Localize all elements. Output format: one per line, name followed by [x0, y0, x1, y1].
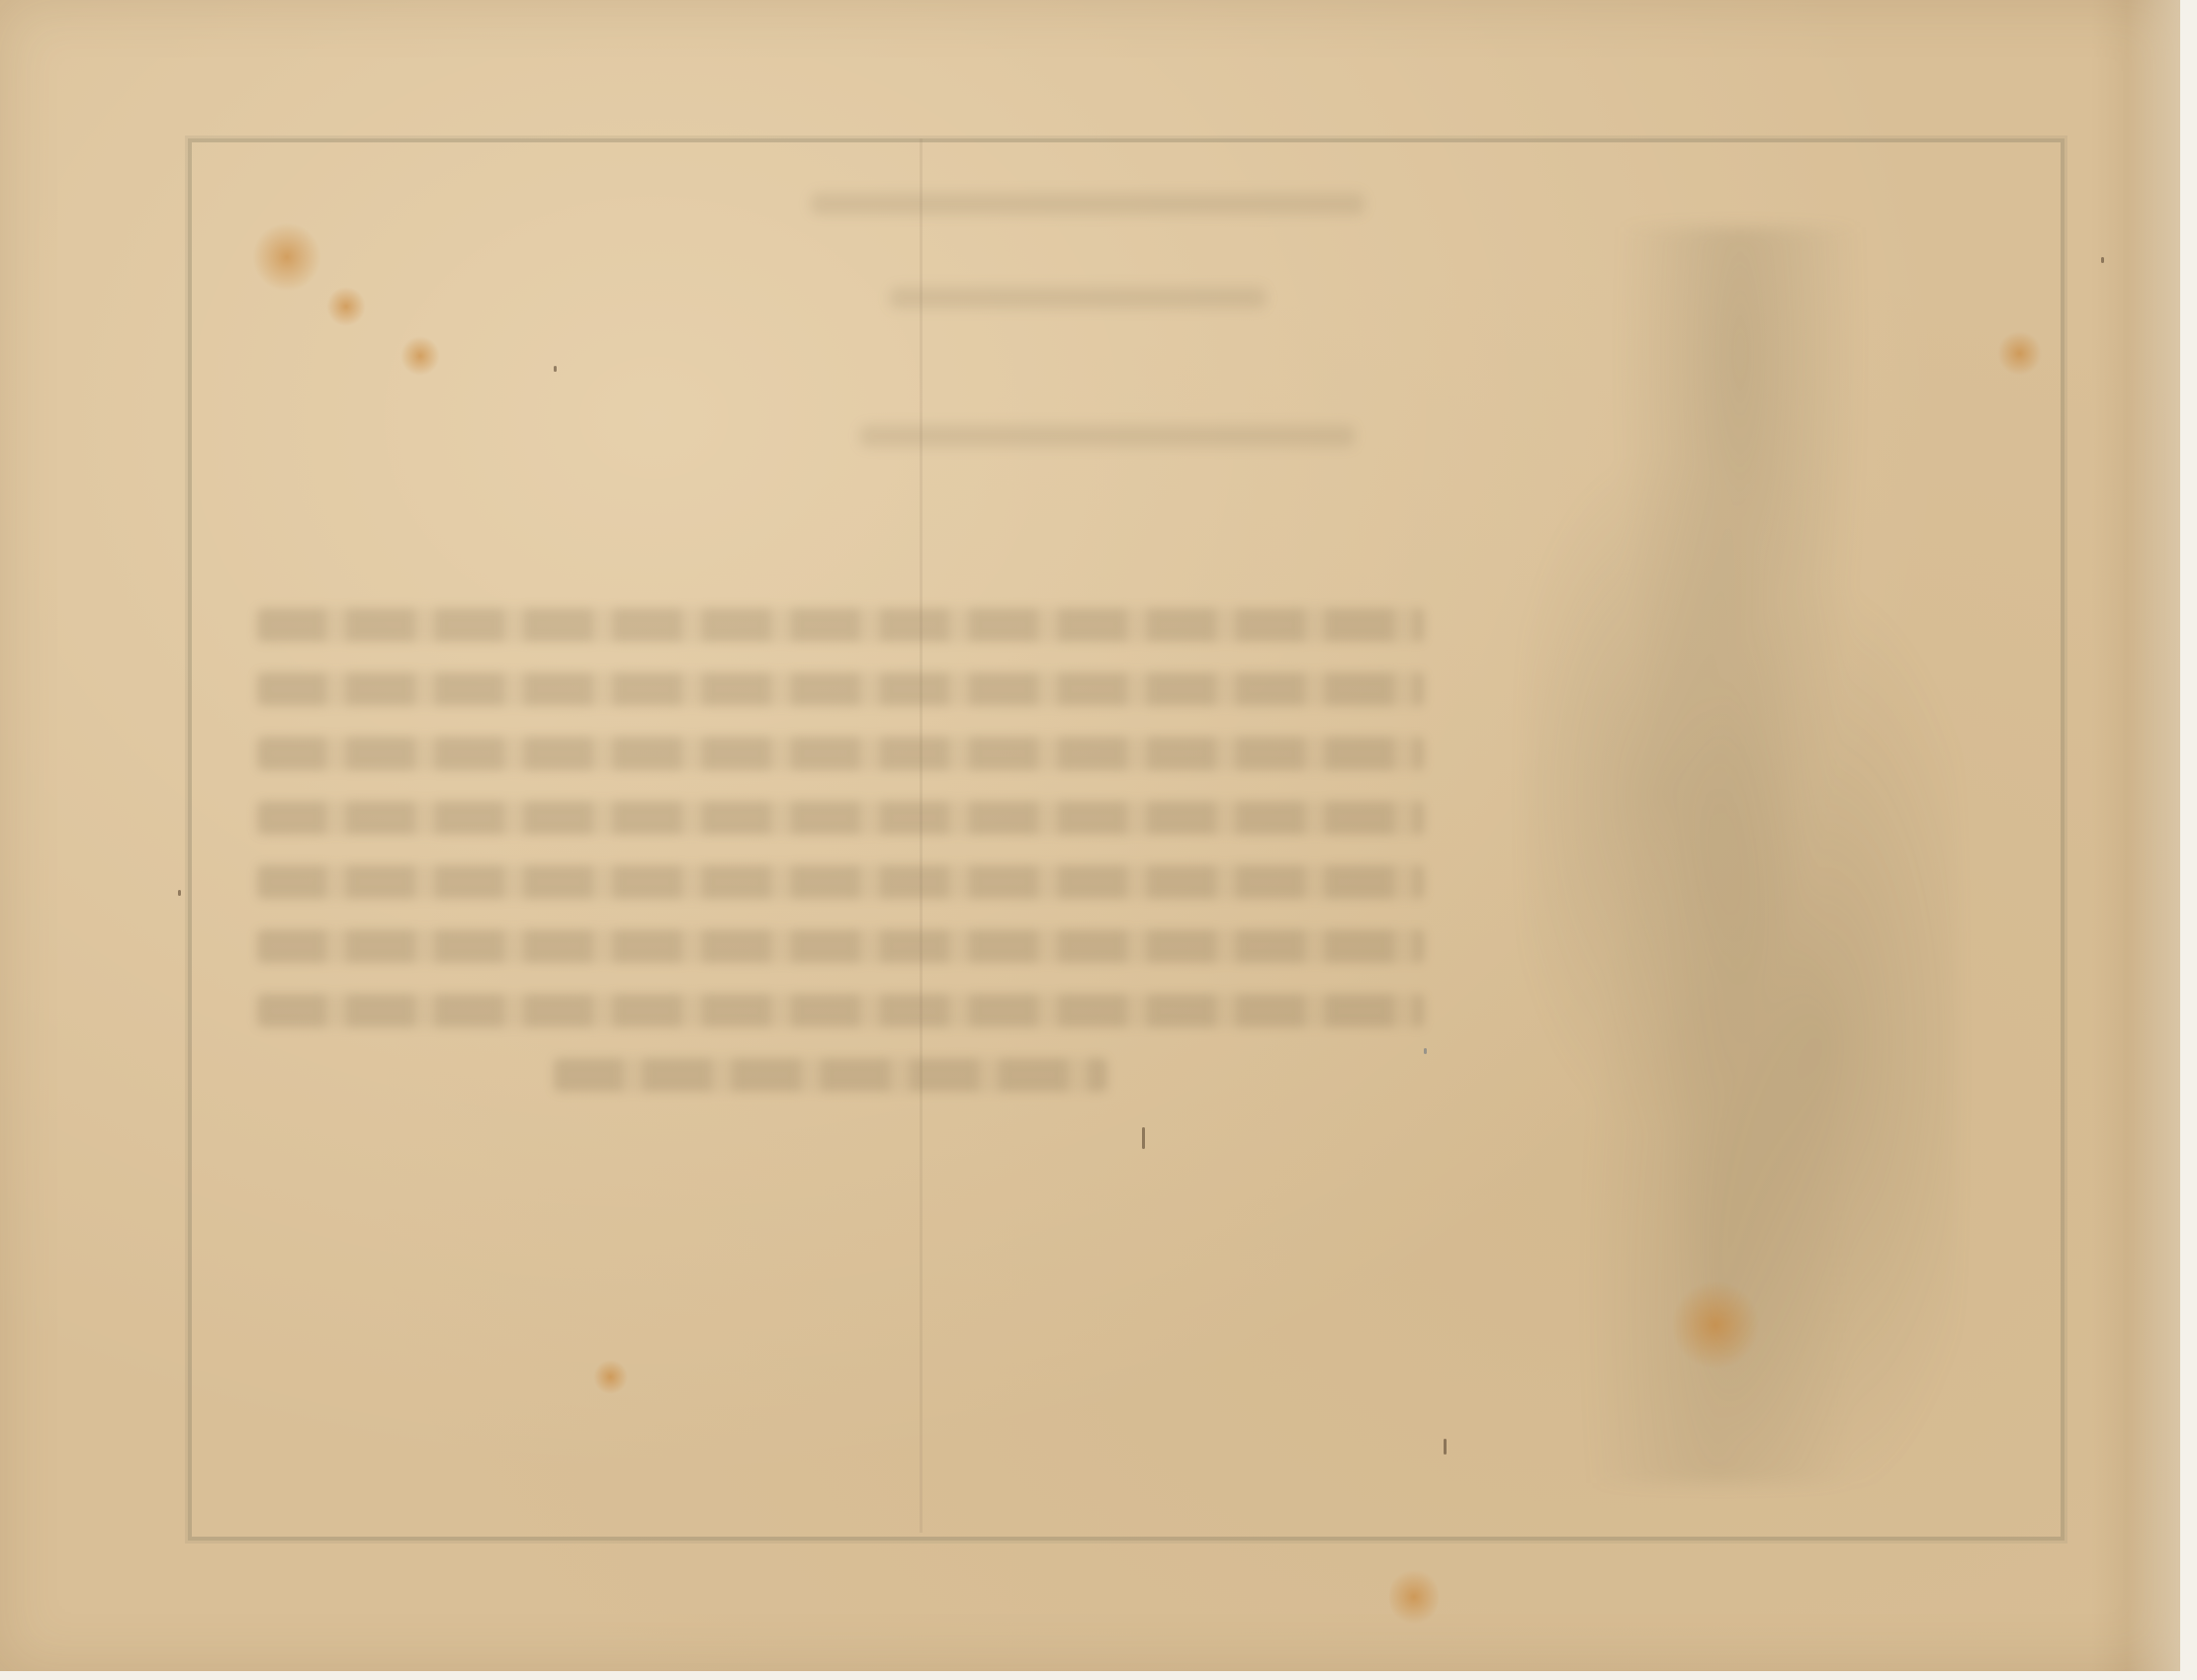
foxing-spot — [326, 287, 366, 326]
bleed-text-line — [257, 994, 1424, 1027]
paper-sheet — [0, 0, 2180, 1671]
foxing-spot — [1997, 331, 2042, 376]
bleed-text-line — [257, 737, 1424, 770]
paper-speck — [1444, 1439, 1447, 1455]
bleed-text-line — [257, 865, 1424, 899]
paper-speck — [2101, 257, 2104, 263]
foxing-spot — [400, 336, 440, 376]
foxing-spot — [252, 222, 321, 292]
paper-speck — [178, 890, 181, 896]
bleed-heading-line — [860, 425, 1355, 447]
foxing-spot — [1671, 1281, 1760, 1370]
foxing-spot — [593, 1360, 628, 1394]
paper-speck — [1424, 1048, 1427, 1054]
bleed-text-line — [257, 608, 1424, 642]
paper-speck — [1142, 1127, 1145, 1149]
paper-speck — [554, 366, 557, 372]
bleed-heading-line — [811, 193, 1364, 215]
paper-edge — [2091, 0, 2180, 1671]
bleed-text-line — [257, 929, 1424, 963]
bleed-heading-line — [890, 287, 1266, 309]
bleed-text-line — [257, 801, 1424, 835]
foxing-spot — [1389, 1567, 1439, 1627]
fold-crease — [920, 138, 923, 1533]
bleed-text-line — [554, 1058, 1107, 1092]
bleed-text-line — [257, 672, 1424, 706]
